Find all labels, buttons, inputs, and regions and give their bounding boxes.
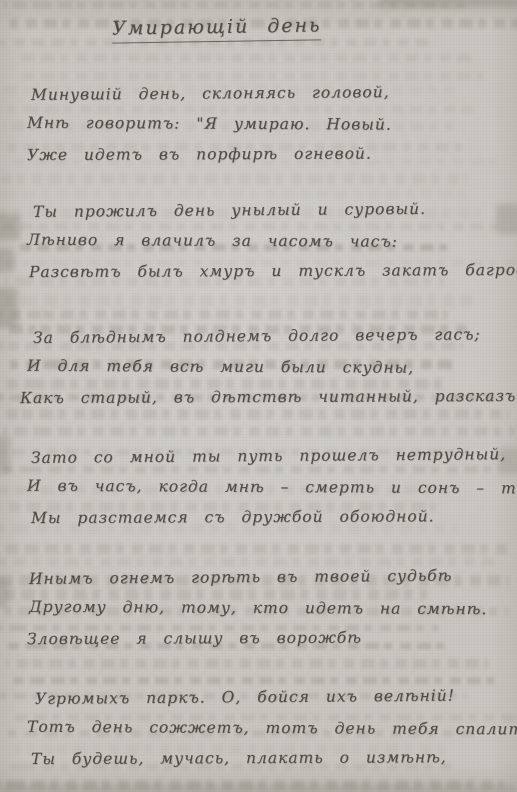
poem-line: И въ часъ, когда мнѣ – смерть и сонъ – т… bbox=[27, 476, 517, 509]
poem-line: Тотъ день сожжетъ, тотъ день тебя спалит… bbox=[27, 717, 517, 750]
poem-line: Уже идетъ въ порфирѣ огневой. bbox=[27, 144, 517, 177]
poem-line: Инымъ огнемъ горѣть въ твоей судьбѣ bbox=[29, 566, 517, 600]
stanza-5: Инымъ огнемъ горѣть въ твоей судьбѣ Друг… bbox=[0, 568, 517, 660]
poem-line: Минувшій день, склоняясь головой, bbox=[31, 82, 517, 116]
poem-line: Какъ старый, въ дѣтствѣ читанный, разска… bbox=[20, 387, 517, 420]
stanza-1: Минувшій день, склоняясь головой, Мнѣ го… bbox=[0, 84, 517, 176]
stanza-2: Ты прожилъ день унылый и суровый. Лѣниво… bbox=[0, 201, 517, 293]
stanza-6: Угрюмыхъ паркъ. О, бойся ихъ велѣній! То… bbox=[0, 688, 517, 780]
poem-line: Ты прожилъ день унылый и суровый. bbox=[33, 199, 517, 233]
handwriting-layer: Умирающій день Минувшій день, склоняясь … bbox=[0, 0, 517, 792]
poem-line: И для тебя всѣ миги были скудны, bbox=[27, 356, 517, 389]
poem-line: Зловѣщее я слышу въ ворожбѣ bbox=[27, 628, 517, 661]
poem-line: Ты будешь, мучась, плакать о измѣнѣ, bbox=[31, 748, 517, 781]
poem-title: Умирающій день bbox=[112, 14, 322, 43]
poem-line: Мы разстаемся съ дружбой обоюдной. bbox=[31, 507, 517, 540]
poem-line: Угрюмыхъ паркъ. О, бойся ихъ велѣній! bbox=[35, 686, 517, 720]
stanza-3: За блѣднымъ полднемъ долго вечеръ гасъ; … bbox=[0, 327, 517, 419]
poem-line: Другому дню, тому, кто идетъ на смѣнѣ. bbox=[29, 597, 517, 630]
poem-line: За блѣднымъ полднемъ долго вечеръ гасъ; bbox=[33, 325, 517, 359]
manuscript-photo: Умирающій день Минувшій день, склоняясь … bbox=[0, 0, 517, 792]
poem-line: Зато со мной ты путь прошелъ нетрудный, bbox=[31, 445, 517, 479]
stanza-4: Зато со мной ты путь прошелъ нетрудный, … bbox=[0, 447, 517, 539]
poem-line: Мнѣ говоритъ: "Я умираю. Новый. bbox=[27, 113, 517, 146]
poem-line: Лѣниво я влачилъ за часомъ часъ: bbox=[27, 230, 517, 263]
poem-line: Разсвѣтъ былъ хмуръ и тусклъ закатъ багр… bbox=[29, 261, 517, 294]
